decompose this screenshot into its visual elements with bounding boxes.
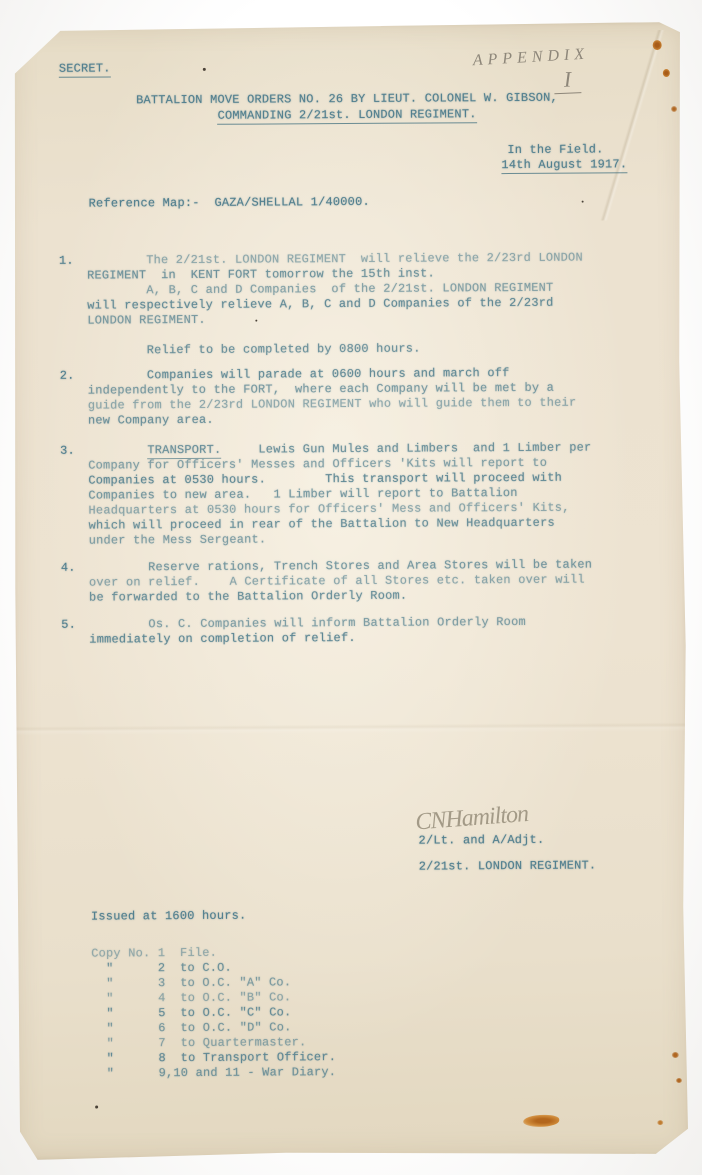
distribution-line: " 7 to Quartermaster. — [92, 1035, 336, 1051]
signature-rank: 2/Lt. and A/Adjt. — [418, 833, 544, 849]
rust-stain — [523, 1115, 559, 1127]
signature-unit: 2/21st. LONDON REGIMENT. — [419, 859, 597, 875]
dateline-place: In the Field. — [507, 142, 603, 158]
distribution-line: " 8 to Transport Officer. — [92, 1050, 336, 1066]
distribution-line: " 5 to O.C. "C" Co. — [92, 1005, 336, 1021]
rust-stain — [653, 40, 662, 50]
paragraph-3: 3. TRANSPORT. Lewis Gun Mules and Limber… — [88, 440, 664, 549]
paragraph-line: immediately on completion of relief. — [89, 629, 664, 648]
handwritten-signature: CNHamilton — [415, 801, 529, 836]
paragraph-number: 3. — [60, 444, 75, 459]
paragraph-5: 5. Os. C. Companies will inform Battalio… — [89, 614, 664, 648]
classification-label: SECRET. — [59, 61, 111, 76]
paragraph-number: 2. — [60, 369, 75, 384]
paragraph-number: 1. — [59, 254, 74, 269]
paragraph-line: Relief to be completed by 0800 hours. — [87, 340, 662, 359]
document-title-line2: COMMANDING 2/21st. LONDON REGIMENT. — [11, 106, 683, 125]
corner-crease — [596, 30, 667, 220]
fold-crease — [15, 712, 687, 742]
rust-stain — [657, 1120, 663, 1125]
paper-speck — [95, 1106, 98, 1109]
ink-speck — [203, 68, 206, 71]
rust-stain — [672, 1052, 679, 1058]
distribution-line: " 6 to O.C. "D" Co. — [92, 1020, 336, 1036]
distribution-list: Copy No. 1 File. " 2 to C.O. " 3 to O.C.… — [91, 945, 336, 1081]
paragraph-line: be forwarded to the Battalion Orderly Ro… — [89, 587, 664, 606]
issued-line: Issued at 1600 hours. — [91, 909, 247, 925]
rust-stain — [663, 69, 670, 77]
distribution-line: " 2 to C.O. — [91, 960, 335, 976]
paragraph-1: 1. The 2/21st. LONDON REGIMENT will reli… — [87, 250, 663, 359]
distribution-line: " 9,10 and 11 - War Diary. — [92, 1065, 336, 1081]
dateline-date: 14th August 1917. — [501, 157, 627, 173]
paragraph-2: 2. Companies will parade at 0600 hours a… — [88, 365, 663, 429]
distribution-line: " 3 to O.C. "A" Co. — [91, 975, 335, 991]
document-page: SECRET. APPENDIX I BATTALION MOVE ORDERS… — [11, 22, 690, 1160]
rust-stain — [676, 1078, 682, 1083]
distribution-line: Copy No. 1 File. — [91, 945, 335, 961]
reference-map-line: Reference Map:- GAZA/SHELLAL 1/40000. — [89, 195, 370, 212]
paragraph-number: 4. — [61, 561, 76, 576]
paragraph-number: 5. — [61, 618, 76, 633]
paragraph-line: new Company area. — [88, 410, 663, 429]
paper-speck — [582, 201, 584, 203]
distribution-line: " 4 to O.C. "B" Co. — [91, 990, 335, 1006]
paragraph-4: 4. Reserve rations, Trench Stores and Ar… — [89, 557, 664, 606]
paragraph-line: under the Mess Sergeant. — [89, 530, 664, 549]
